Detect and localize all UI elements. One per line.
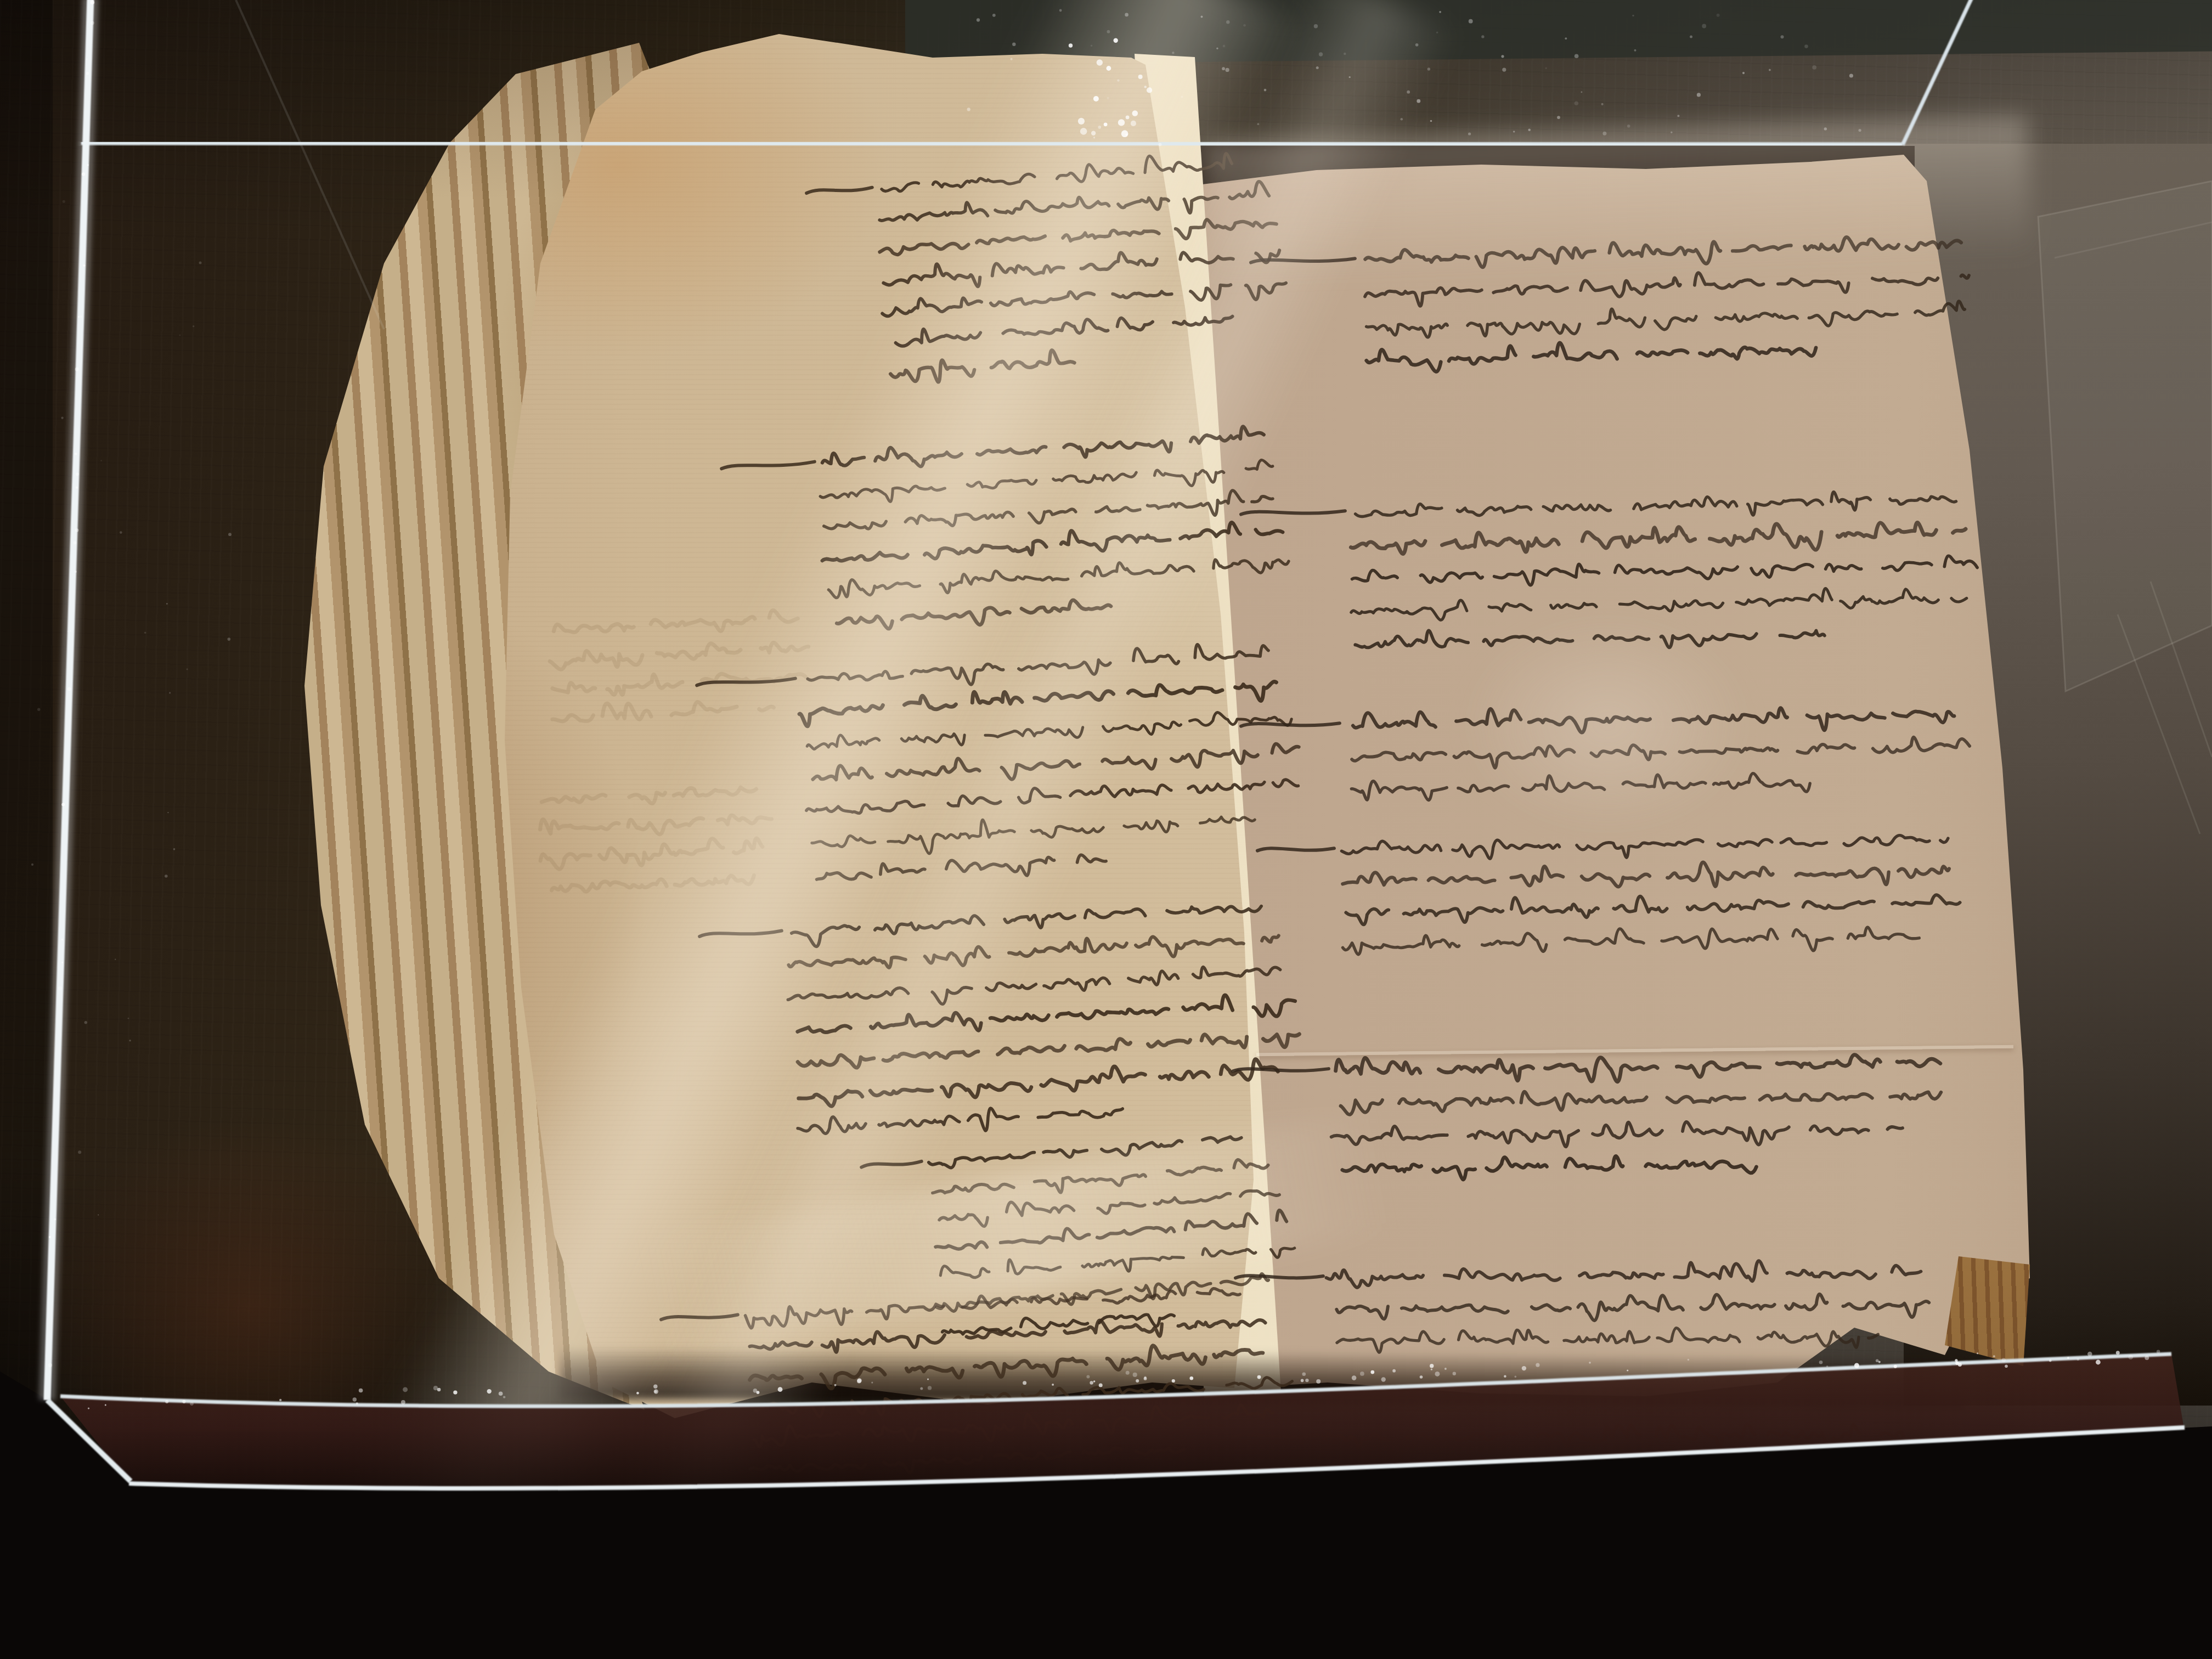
photo-vignette: [0, 0, 2212, 1659]
scene-photo-manuscript-in-case: Photograph of an open 17th-century manus…: [0, 0, 2212, 1659]
